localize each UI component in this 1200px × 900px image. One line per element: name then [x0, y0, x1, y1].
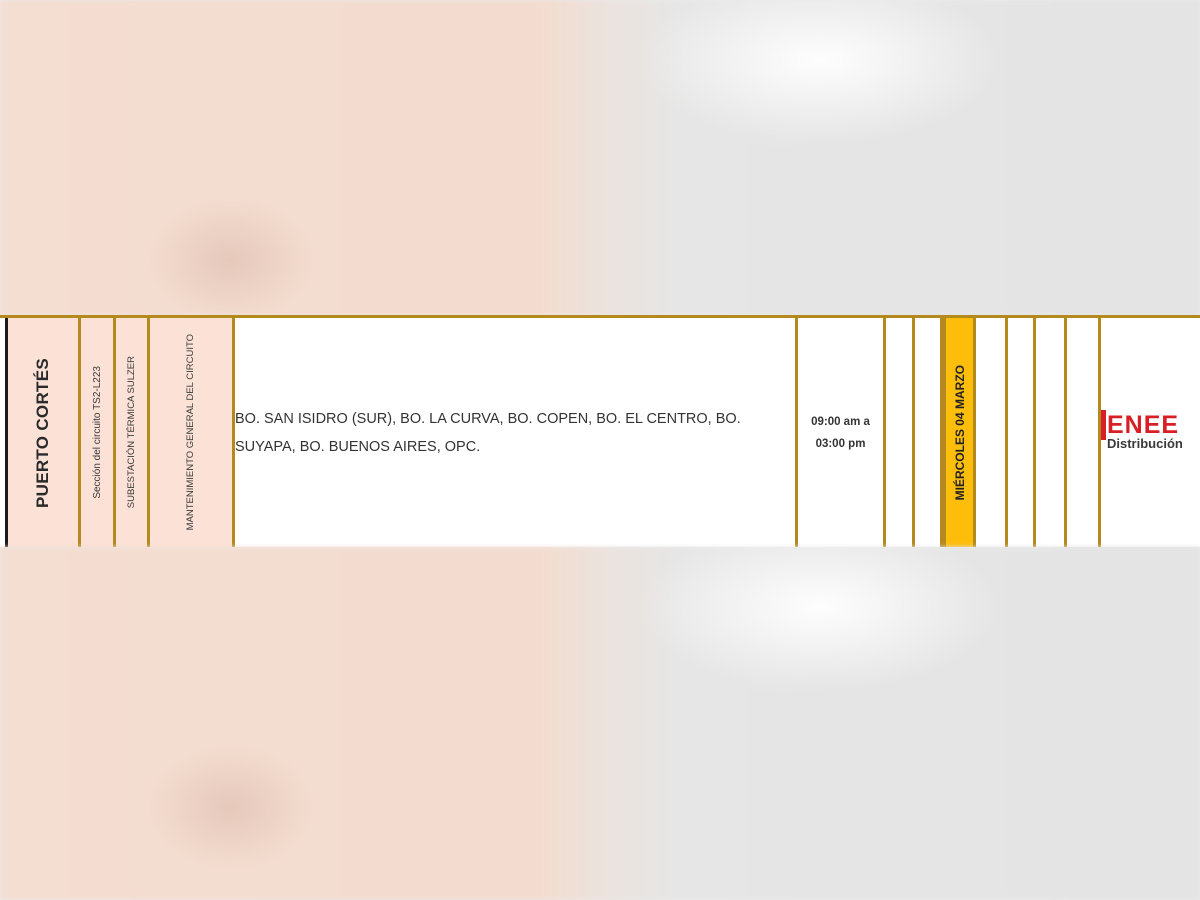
work-type: MANTENIMIENTO GENERAL DEL CIRCUITO	[184, 334, 198, 530]
empty-cell	[1036, 318, 1067, 547]
affected-zones: BO. SAN ISIDRO (SUR), BO. LA CURVA, BO. …	[235, 405, 791, 461]
empty-cell	[1067, 318, 1101, 547]
empty-cell	[1008, 318, 1036, 547]
work-type-cell: MANTENIMIENTO GENERAL DEL CIRCUITO	[150, 318, 235, 547]
outage-date: MIÉRCOLES 04 MARZO	[953, 365, 967, 500]
empty-cell	[915, 318, 943, 547]
empty-cell	[976, 318, 1008, 547]
affected-zones-cell: BO. SAN ISIDRO (SUR), BO. LA CURVA, BO. …	[235, 318, 798, 547]
substation-name: SUBESTACIÓN TÉRMICA SULZER	[126, 356, 137, 508]
sector-cell: Sección del circuito TS2-L223	[81, 318, 116, 547]
start-time: 09:00 am a	[811, 411, 870, 433]
enee-logo-mark-icon	[1101, 410, 1106, 440]
end-time: 03:00 pm	[811, 433, 870, 455]
logo-cell: ENEE Distribución	[1101, 318, 1200, 547]
blurred-background-bottom	[0, 547, 1200, 900]
enee-logo: ENEE Distribución	[1101, 410, 1183, 451]
substation-cell: SUBESTACIÓN TÉRMICA SULZER	[116, 318, 150, 547]
date-cell: MIÉRCOLES 04 MARZO	[943, 318, 976, 547]
department-name: PUERTO CORTÉS	[33, 358, 53, 508]
logo-name: ENEE	[1107, 413, 1179, 437]
schedule-table-row: PUERTO CORTÉS Sección del circuito TS2-L…	[0, 315, 1200, 547]
empty-cell	[886, 318, 915, 547]
schedule-cell: 09:00 am a 03:00 pm	[798, 318, 886, 547]
blurred-background-top	[0, 0, 1200, 316]
circuit-section: Sección del circuito TS2-L223	[92, 366, 103, 499]
logo-subtitle: Distribución	[1107, 436, 1183, 451]
department-cell: PUERTO CORTÉS	[5, 318, 81, 547]
